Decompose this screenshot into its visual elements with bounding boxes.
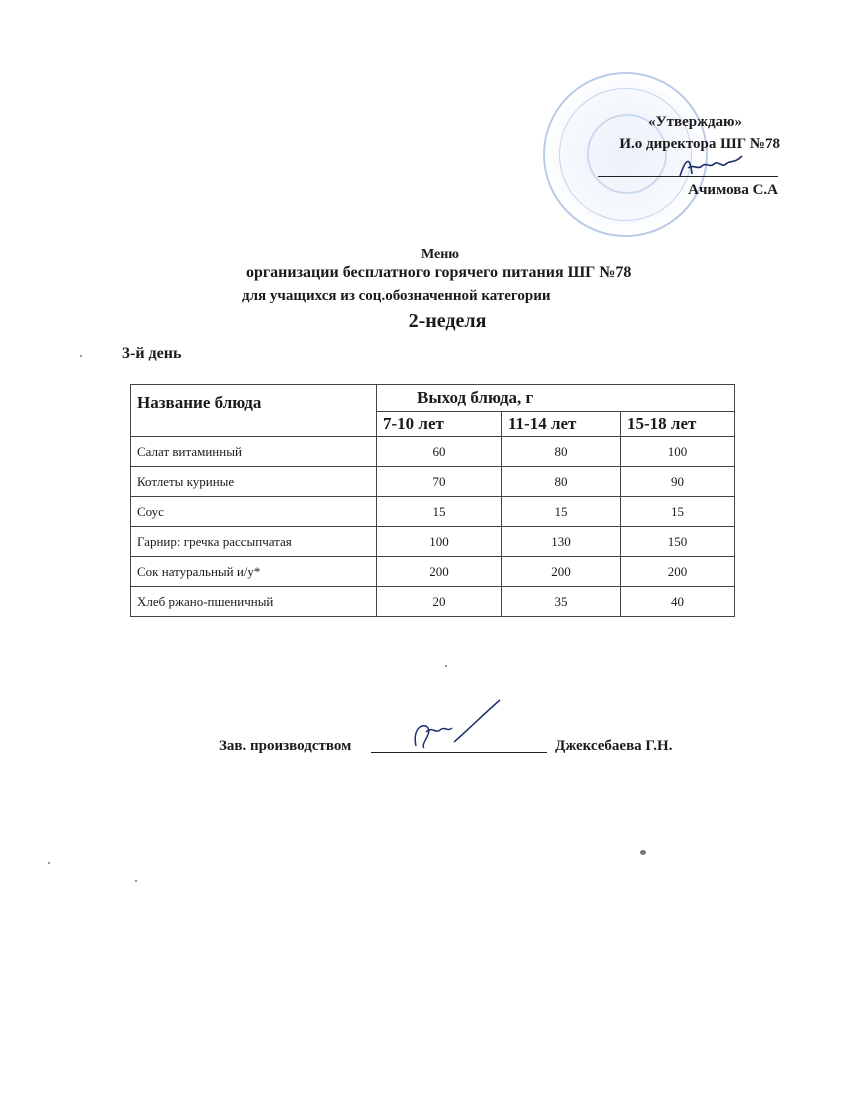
production-head-label: Зав. производством — [219, 738, 351, 755]
scan-speck — [135, 880, 137, 882]
dish-name: Котлеты куриные — [131, 467, 377, 497]
table-row: Соус 15 15 15 — [131, 497, 735, 527]
yield-15-18: 100 — [621, 437, 735, 467]
yield-7-10: 15 — [377, 497, 502, 527]
production-head-signature — [410, 698, 505, 758]
document-title: Меню — [0, 247, 850, 263]
scan-speck — [80, 355, 82, 357]
dish-name: Гарнир: гречка рассыпчатая — [131, 527, 377, 557]
yield-11-14: 35 — [502, 587, 621, 617]
yield-15-18: 200 — [621, 557, 735, 587]
week-label: 2-неделя — [0, 310, 850, 333]
yield-11-14: 130 — [502, 527, 621, 557]
approval-position: И.о директора ШГ №78 — [619, 136, 780, 153]
yield-7-10: 100 — [377, 527, 502, 557]
table-row: Котлеты куриные 70 80 90 — [131, 467, 735, 497]
yield-11-14: 80 — [502, 467, 621, 497]
column-header-age-7-10: 7-10 лет — [377, 412, 502, 437]
approval-heading: «Утверждаю» — [648, 114, 742, 131]
production-head-name: Джексебаева Г.Н. — [555, 738, 672, 755]
yield-7-10: 20 — [377, 587, 502, 617]
yield-7-10: 200 — [377, 557, 502, 587]
table-row: Салат витаминный 60 80 100 — [131, 437, 735, 467]
yield-15-18: 40 — [621, 587, 735, 617]
table-row: Сок натуральный и/у* 200 200 200 — [131, 557, 735, 587]
approval-signer-name: Ачимова С.А — [688, 182, 778, 199]
dish-name: Салат витаминный — [131, 437, 377, 467]
menu-table: Название блюда Выход блюда, г 7-10 лет 1… — [130, 384, 735, 617]
scan-speck — [445, 665, 447, 667]
yield-15-18: 15 — [621, 497, 735, 527]
table-row: Гарнир: гречка рассыпчатая 100 130 150 — [131, 527, 735, 557]
dish-name: Соус — [131, 497, 377, 527]
director-signature — [676, 152, 746, 182]
document-subtitle-1: организации бесплатного горячего питания… — [246, 264, 631, 282]
yield-7-10: 60 — [377, 437, 502, 467]
yield-15-18: 90 — [621, 467, 735, 497]
yield-15-18: 150 — [621, 527, 735, 557]
column-header-dish: Название блюда — [131, 385, 377, 437]
table-row: Хлеб ржано-пшеничный 20 35 40 — [131, 587, 735, 617]
dish-name: Хлеб ржано-пшеничный — [131, 587, 377, 617]
yield-11-14: 15 — [502, 497, 621, 527]
yield-11-14: 80 — [502, 437, 621, 467]
approval-signature-line — [598, 176, 778, 177]
dish-name: Сок натуральный и/у* — [131, 557, 377, 587]
yield-11-14: 200 — [502, 557, 621, 587]
column-header-age-15-18: 15-18 лет — [621, 412, 735, 437]
column-header-yield: Выход блюда, г — [377, 385, 735, 412]
column-header-age-11-14: 11-14 лет — [502, 412, 621, 437]
scan-speck — [640, 850, 646, 855]
yield-7-10: 70 — [377, 467, 502, 497]
production-head-signature-line — [371, 752, 547, 753]
scan-speck — [48, 862, 50, 864]
day-label: 3-й день — [122, 345, 181, 363]
document-subtitle-2: для учащихся из соц.обозначенной категор… — [242, 288, 550, 305]
